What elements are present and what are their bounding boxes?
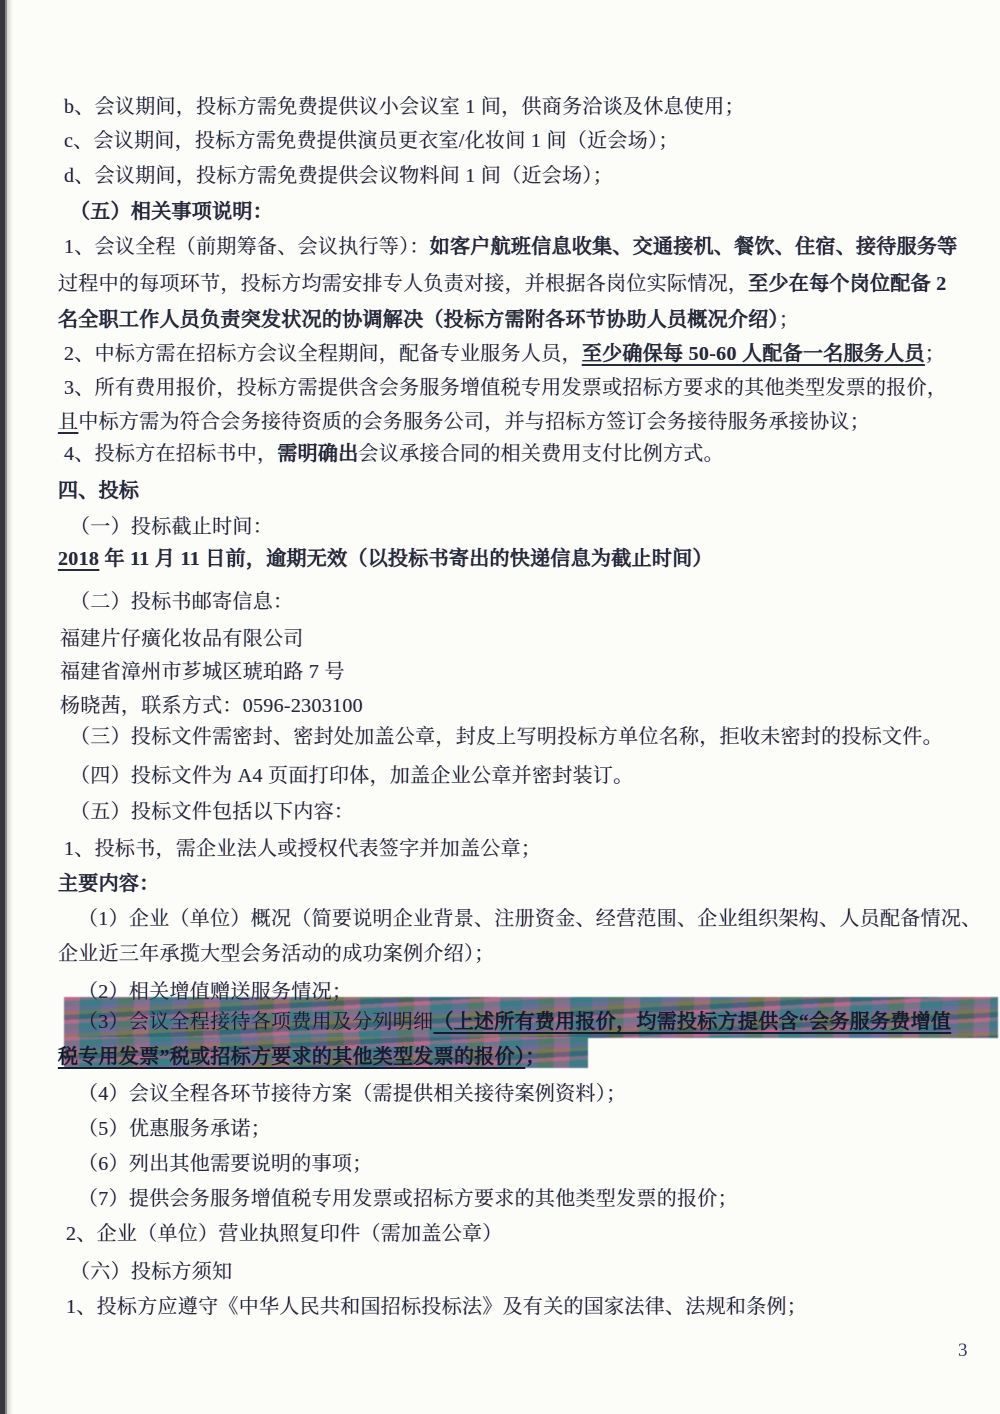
page-number: 3 bbox=[958, 1340, 968, 1362]
text-segment: （1）企业（单位）概况（简要说明企业背景、注册资金、经营范围、企业组织架构、人员… bbox=[78, 908, 982, 930]
text-segment: 主要内容： bbox=[58, 873, 160, 895]
text-segment: 福建片仔癀化妆品有限公司 bbox=[60, 628, 304, 650]
text-line-14: 2018 年 11 月 11 日前，逾期无效（以投标书寄出的快递信息为截止时间） bbox=[58, 545, 713, 573]
text-line-6: 过程中的每项环节，投标方均需安排专人负责对接，并根据各岗位实际情况，至少在每个岗… bbox=[58, 270, 947, 298]
text-line-28: 税专用发票”税或招标方要求的其他类型发票的报价）； bbox=[58, 1043, 546, 1071]
text-segment: （4）会议全程各环节接待方案（需提供相关接待案例资料）； bbox=[78, 1083, 626, 1105]
text-segment: 过程中的每项环节，投标方均需安排专人负责对接，并根据各岗位实际情况， bbox=[58, 273, 748, 295]
text-line-16: 福建片仔癀化妆品有限公司 bbox=[60, 625, 304, 653]
text-segment: d、会议期间，投标方需免费提供会议物料间 1 间（近会场）； bbox=[64, 165, 613, 187]
text-segment: 2、企业（单位）营业执照复印件（需加盖公章） bbox=[66, 1223, 503, 1245]
text-line-21: （五）投标文件包括以下内容： bbox=[70, 798, 354, 826]
text-segment: 名全职工作人员负责突发状况的协调解决（投标方需附各环节协助人员概况介绍） bbox=[58, 309, 779, 331]
text-line-1: b、会议期间，投标方需免费提供议小会议室 1 间，供商务洽谈及休息使用； bbox=[64, 93, 745, 121]
text-line-27: （3）会议全程接待各项费用及分列明细（上述所有费用报价，均需投标方提供含“会务服… bbox=[78, 1008, 951, 1036]
text-segment: b、会议期间，投标方需免费提供议小会议室 1 间，供商务洽谈及休息使用； bbox=[64, 96, 745, 118]
text-segment: （3）会议全程接待各项费用及分列明细 bbox=[78, 1011, 433, 1033]
text-line-5: 1、会议全程（前期筹备、会议执行等）：如客户航班信息收集、交通接机、餐饮、住宿、… bbox=[64, 233, 958, 261]
text-line-35: 1、投标方应遵守《中华人民共和国招标投标法》及有关的国家法律、法规和条例； bbox=[66, 1293, 807, 1321]
text-line-2: c、会议期间，投标方需免费提供演员更衣室/化妆间 1 间（近会场）； bbox=[64, 127, 679, 155]
text-segment: （五）相关事项说明： bbox=[70, 201, 273, 223]
text-line-32: （7）提供会务服务增值税专用发票或招标方要求的其他类型发票的报价； bbox=[78, 1185, 738, 1213]
text-segment: 2018 bbox=[58, 548, 99, 570]
text-segment: （一）投标截止时间： bbox=[70, 516, 273, 538]
text-line-31: （6）列出其他需要说明的事项； bbox=[78, 1150, 373, 1178]
text-segment: 至少确保每 50-60 人配备一名服务人员 bbox=[582, 343, 925, 365]
text-segment: 1、会议全程（前期筹备、会议执行等）： bbox=[64, 236, 430, 258]
text-line-22: 1、投标书，需企业法人或授权代表签字并加盖公章； bbox=[64, 835, 541, 863]
text-segment: 至少在每个岗位配备 2 bbox=[748, 273, 946, 295]
text-line-18: 杨晓茜，联系方式：0596-2303100 bbox=[60, 692, 363, 720]
text-segment: （7）提供会务服务增值税专用发票或招标方要求的其他类型发票的报价； bbox=[78, 1188, 738, 1210]
text-line-20: （四）投标文件为 A4 页面打印体，加盖企业公章并密封装订。 bbox=[70, 762, 633, 790]
document-page: b、会议期间，投标方需免费提供议小会议室 1 间，供商务洽谈及休息使用；c、会议… bbox=[0, 0, 1000, 1414]
text-segment: （5）优惠服务承诺； bbox=[78, 1118, 271, 1140]
text-segment: 福建省漳州市芗城区琥珀路 7 号 bbox=[60, 661, 345, 683]
text-line-30: （5）优惠服务承诺； bbox=[78, 1115, 271, 1143]
text-line-17: 福建省漳州市芗城区琥珀路 7 号 bbox=[60, 658, 345, 686]
text-segment: （六）投标方须知 bbox=[70, 1261, 232, 1283]
text-segment: 1、投标书，需企业法人或授权代表签字并加盖公章； bbox=[64, 838, 541, 860]
text-segment: 企业近三年承揽大型会务活动的成功案例介绍）； bbox=[58, 943, 495, 965]
text-segment: 四、投标 bbox=[58, 480, 139, 502]
text-line-24: （1）企业（单位）概况（简要说明企业背景、注册资金、经营范围、企业组织架构、人员… bbox=[78, 905, 982, 933]
text-line-23: 主要内容： bbox=[58, 870, 160, 898]
text-segment: 1、投标方应遵守《中华人民共和国招标投标法》及有关的国家法律、法规和条例； bbox=[66, 1296, 807, 1318]
text-segment: c、会议期间，投标方需免费提供演员更衣室/化妆间 1 间（近会场）； bbox=[64, 130, 679, 152]
text-line-33: 2、企业（单位）营业执照复印件（需加盖公章） bbox=[66, 1220, 503, 1248]
text-line-15: （二）投标书邮寄信息： bbox=[70, 588, 293, 616]
text-segment: （上述所有费用报价，均需投标方提供含“会务服务费增值 bbox=[433, 1011, 951, 1033]
text-line-19: （三）投标文件需密封、密封处加盖公章，封皮上写明投标方单位名称，拒收未密封的投标… bbox=[70, 723, 943, 751]
text-line-9: 3、所有费用报价，投标方需提供含会务服务增值税专用发票或招标方要求的其他类型发票… bbox=[64, 374, 947, 402]
text-segment: （二）投标书邮寄信息： bbox=[70, 591, 293, 613]
text-line-13: （一）投标截止时间： bbox=[70, 513, 273, 541]
text-segment: （五）投标文件包括以下内容： bbox=[70, 801, 354, 823]
text-segment: 中标方需为符合会务接待资质的会务服务公司，并与招标方签订会务接待服务承接协议； bbox=[78, 411, 870, 433]
scan-edge-soft-shadow bbox=[7, 0, 13, 1414]
text-segment: 年 11 月 11 日前，逾期无效（以投标书寄出的快递信息为截止时间） bbox=[99, 548, 713, 570]
text-segment: 税专用发票”税或招标方要求的其他类型发票的报价） bbox=[58, 1046, 525, 1068]
text-segment: ； bbox=[525, 1046, 545, 1068]
text-segment: 4、投标方在招标书中， bbox=[64, 443, 277, 465]
text-segment: 3、所有费用报价，投标方需提供含会务服务增值税专用发票或招标方要求的其他类型发票… bbox=[64, 377, 947, 399]
text-segment: 会议承接合同的相关费用支付比例方式。 bbox=[359, 443, 724, 465]
text-line-7: 名全职工作人员负责突发状况的协调解决（投标方需附各环节协助人员概况介绍）； bbox=[58, 306, 799, 334]
text-line-3: d、会议期间，投标方需免费提供会议物料间 1 间（近会场）； bbox=[64, 162, 613, 190]
text-segment: 杨晓茜，联系方式：0596-2303100 bbox=[60, 695, 363, 717]
text-line-12: 四、投标 bbox=[58, 477, 139, 505]
text-line-8: 2、中标方需在招标方会议全程期间，配备专业服务人员，至少确保每 50-60 人配… bbox=[64, 340, 945, 368]
text-line-10: 且中标方需为符合会务接待资质的会务服务公司，并与招标方签订会务接待服务承接协议； bbox=[58, 408, 870, 436]
text-segment: 如客户航班信息收集、交通接机、餐饮、住宿、接待服务等 bbox=[430, 236, 958, 258]
text-segment: （6）列出其他需要说明的事项； bbox=[78, 1153, 373, 1175]
text-segment: （2）相关增值赠送服务情况； bbox=[78, 981, 352, 1003]
text-segment: 2、中标方需在招标方会议全程期间，配备专业服务人员， bbox=[64, 343, 582, 365]
scan-edge-shadow bbox=[0, 0, 7, 1414]
text-segment: 需明确出 bbox=[277, 443, 358, 465]
text-line-29: （4）会议全程各环节接待方案（需提供相关接待案例资料）； bbox=[78, 1080, 626, 1108]
text-segment: （四）投标文件为 A4 页面打印体，加盖企业公章并密封装订。 bbox=[70, 765, 633, 787]
text-line-11: 4、投标方在招标书中，需明确出会议承接合同的相关费用支付比例方式。 bbox=[64, 440, 724, 468]
text-segment: （三）投标文件需密封、密封处加盖公章，封皮上写明投标方单位名称，拒收未密封的投标… bbox=[70, 726, 943, 748]
text-line-26: （2）相关增值赠送服务情况； bbox=[78, 978, 352, 1006]
text-segment: ； bbox=[779, 309, 799, 331]
text-line-4: （五）相关事项说明： bbox=[70, 198, 273, 226]
text-line-25: 企业近三年承揽大型会务活动的成功案例介绍）； bbox=[58, 940, 495, 968]
text-segment: ； bbox=[925, 343, 945, 365]
text-line-34: （六）投标方须知 bbox=[70, 1258, 232, 1286]
text-segment: 且 bbox=[58, 411, 78, 433]
